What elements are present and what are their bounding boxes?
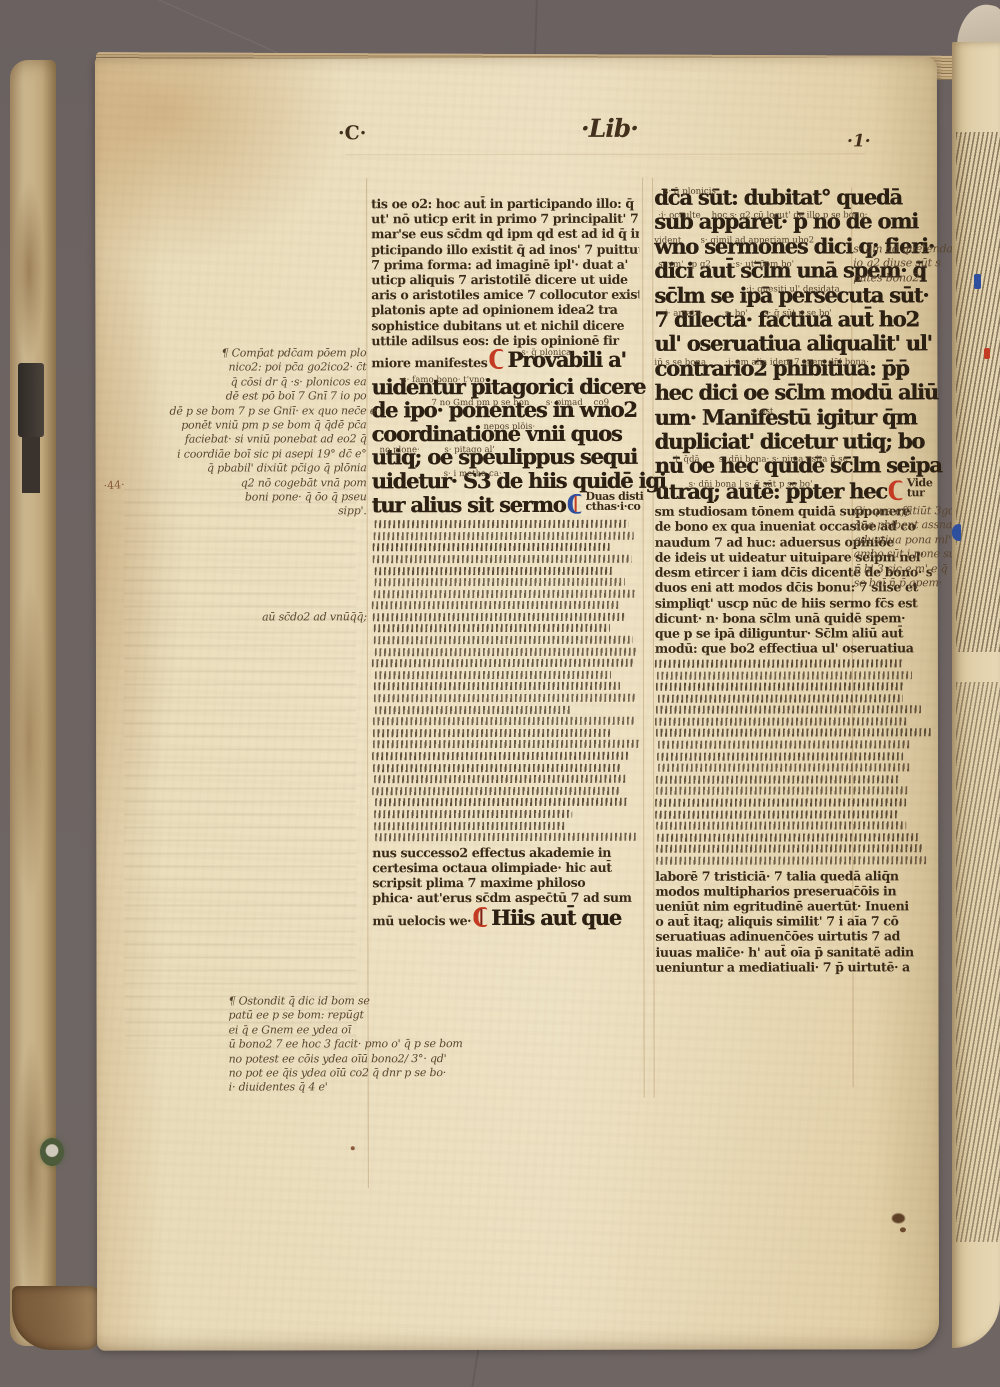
illegible-script-line — [372, 787, 621, 795]
interlinear-gloss: ·s· famo bono· t'vno· — [399, 369, 487, 393]
green-seal-speck — [40, 1138, 64, 1166]
illegible-script-line — [655, 659, 903, 667]
illegible-script-line — [656, 845, 922, 853]
red-paraph-mark — [489, 349, 503, 369]
bluered-paraph-mark — [567, 494, 581, 514]
illegible-script-line — [373, 763, 623, 771]
lemma-line: tur alius sit sermoDuas disticthas·i·co — [372, 492, 640, 517]
illegible-script-line — [373, 532, 633, 540]
commentary-line: uticp aliquis 7 aristotilē dicere ut uid… — [371, 272, 639, 288]
leather-mottle — [12, 580, 46, 900]
commentary-line: platonis apte ad opinionem idea2 tra — [371, 302, 639, 318]
red-paraph-mark — [889, 480, 903, 500]
commentary-line: ueniūt nim egritudinē auertūt· Inueni — [655, 898, 932, 914]
margin-gloss-line: se boī n̄ p̄ apem· — [854, 576, 949, 591]
next-page-sliver — [952, 42, 1000, 1348]
illegible-script-line — [656, 856, 926, 864]
commentary-line: aris o aristotiles amice 7 collocutor ex… — [371, 287, 639, 303]
illegible-script-line — [373, 740, 641, 748]
margin-gloss-line: ei q̄ e Gnem ee ydea oī — [229, 1023, 491, 1038]
margin-gloss-line: q2 nō cogebāt vnā pom — [170, 476, 367, 491]
interlinear-gloss: nepos plōis· — [483, 415, 535, 439]
blue-initial-fragment — [952, 524, 961, 541]
running-header-right: ·1· — [847, 131, 871, 151]
margin-gloss-line: nico2: poi pc̄a go2ico2· c̄t — [169, 361, 366, 376]
margin-gloss-line: ¶ Ostondit q̄ dic id bom se — [229, 994, 491, 1009]
commentary-line: ut' nō uticp erit in primo 7 principalit… — [371, 211, 639, 227]
ink-stain — [351, 1146, 355, 1150]
interlinear-gloss: s· q̄ plonica· — [521, 342, 574, 366]
next-page-text — [956, 682, 1000, 1242]
margin-gloss-line: q̄ua phibent assnat — [854, 519, 949, 534]
lemma-line: hec dici oe sc̄lm modū aliū — [654, 381, 931, 406]
lemma-line: s· i metha ca·uidetur· S3 de hiis quidē … — [372, 468, 640, 492]
illegible-script-line — [374, 694, 636, 702]
interlinear-gloss: s· q̄ plonicis — [664, 180, 716, 204]
show-through-text — [124, 488, 357, 1048]
illegible-script-line — [373, 543, 610, 551]
illegible-script-line — [656, 787, 908, 795]
illegible-script-line — [658, 694, 903, 702]
illegible-script-line — [374, 578, 624, 586]
interlinear-gloss: s· vm' p q2 ·s· ut' p̄om bo' — [658, 253, 794, 278]
lemma-line: no plone· s· pitago al'utiq; oe speulipp… — [372, 445, 640, 469]
quire-mark: ·44· — [103, 478, 125, 492]
commentary-line: 7 prima forma: ad imaginē ipl'· duat a' — [371, 257, 639, 273]
margin-gloss-line: ambo sūt i pone sua — [854, 547, 949, 562]
interlinear-gloss: s· dn̄i bona | s· q̄ sūt p se bo' — [689, 472, 813, 497]
interlinear-gloss: 7 no Gmd pm p se hon s· pimad co9 — [431, 392, 609, 416]
interlinear-gloss: s· i metha ca· — [444, 463, 502, 487]
margin-gloss-line: dē est pō boī 7 Gnī 7 io po — [169, 389, 366, 404]
illegible-script-line — [656, 671, 911, 679]
illegible-script-line — [375, 798, 628, 806]
illegible-script-line — [375, 833, 636, 841]
illegible-script-line — [657, 833, 919, 841]
lemma-text: um· Manifestū igitur q̄m — [654, 404, 916, 429]
illegible-script-line — [655, 810, 899, 818]
commentary-line: modos multipharios preseruac̄ōis in — [655, 883, 932, 899]
margin-gloss-line: ponēt vniū pm p se bom q̄ q̄dē pc̄a — [170, 418, 367, 433]
illegible-script-line — [373, 729, 610, 737]
lemma-line: s· dn̄i bona | s· q̄ sūt p se bo'utraq; … — [655, 478, 932, 504]
commentary-line: dicunt· n· bona sc̄lm unā quidē spem· — [655, 610, 932, 626]
interlinear-gloss: s· est — [750, 399, 773, 423]
illegible-script-line — [375, 706, 571, 714]
margin-gloss-line: dē p se bom 7 p se Gniī· ex quo nec̄e e — [169, 404, 366, 419]
commentary-line: ueniuntur a mediatiuali· 7 p̄ uirtutē· a — [655, 959, 932, 975]
left-margin-gloss-middle: aū sc̄do2 ad vnūq̄q̄; — [196, 610, 367, 625]
illegible-script-line — [374, 636, 632, 644]
illegible-script-line — [374, 810, 572, 818]
margin-gloss-line: i· diuidentes q̄ 4 e' — [229, 1080, 491, 1095]
leather-mottle — [16, 1040, 46, 1300]
margin-gloss-line: ū bono2 7 ee hoc 3 facit· pmo o' q̄ p se… — [229, 1037, 491, 1052]
illegible-script-line — [372, 752, 628, 760]
margin-gloss-line: patū ee p se bom: repūgt — [229, 1008, 491, 1023]
ink-stain — [900, 1227, 906, 1232]
margin-gloss-line: no pot ee q̄is ydea oīū co2 q̄ dnr p se … — [229, 1066, 491, 1081]
margin-gloss-line: p̄ h' 3 sic e m' e q̄ — [854, 562, 949, 577]
illegible-script-line — [656, 729, 933, 737]
next-page-text — [956, 132, 1000, 652]
text-column-1: tis oe o2: hoc aut̄ in participando illo… — [371, 196, 640, 933]
lemma-text: Hiis aut̄ que — [491, 904, 621, 929]
left-margin-gloss-lower: ¶ Ostondit q̄ dic id bom sepatū ee p se … — [229, 994, 491, 1095]
illegible-script-line — [656, 822, 906, 830]
commentary-line: mar'se eus sc̄dm qd ipm qd est ad id q̄ … — [371, 226, 639, 242]
lemma-text: tur alius sit sermo — [372, 492, 566, 517]
illegible-script-line — [655, 798, 905, 806]
running-header-left: ·C· — [338, 122, 366, 144]
manuscript-photo: ·C· ·Lib· ·1· ·44· tis oe o2: hoc aut̄ i… — [0, 0, 1000, 1387]
interlinear-gloss: ·i· quesiti ul' desidata — [746, 277, 840, 302]
manuscript-page: ·C· ·Lib· ·1· ·44· tis oe o2: hoc aut̄ i… — [95, 57, 939, 1350]
commentary-line: modū: que bo2 effectiua ul' oseruatiua — [655, 640, 932, 656]
blue-paraph-mark — [974, 274, 981, 289]
illegible-script-line — [656, 706, 920, 714]
illegible-script-line — [373, 555, 632, 563]
commentary-line: certesima octaua olimpiade· hic aut̄ — [372, 860, 640, 876]
illegible-script-line — [372, 601, 619, 609]
illegible-script-line — [374, 624, 610, 632]
commentary-line: laborē 7 tristiciā· 7 talia quedā aliq̄n — [655, 868, 932, 884]
commentary-fragment: mū uelocis we· — [372, 913, 471, 928]
commentary-line: pticipando illo existit q̄ ad inos' 7 pu… — [371, 241, 639, 257]
margin-gloss-line: boni pone· q̄ ōo q̄ pseu — [170, 490, 367, 505]
illegible-script-line — [657, 752, 903, 760]
interlinear-gloss: ip̄ s se bona ·i· sm alia idem 7 spem dn… — [654, 350, 868, 375]
illegible-script-line — [658, 764, 910, 772]
lemma-line: ip̄ s se bona ·i· sm alia idem 7 spem dn… — [654, 356, 931, 381]
running-header-center: ·Lib· — [581, 114, 638, 143]
illegible-script-line — [373, 717, 635, 725]
margin-gloss-line: faciebat· si vniū ponebat ad eo2 q̄ — [170, 433, 367, 448]
illegible-script-line — [655, 717, 906, 725]
ink-stain — [892, 1213, 905, 1223]
interlinear-gloss: ·i· q̄dā s· dn̄i bona· s· pima qsita p̄ … — [673, 448, 851, 473]
illegible-script-line — [374, 520, 629, 528]
interlinear-gloss: ·i· amata· s· bo' s· q̄ sūt p se bo' — [662, 301, 832, 326]
clasp-remnant — [18, 363, 44, 437]
commentary-line: nus successo2 effectus akademie in — [372, 845, 640, 861]
lemma-text: hec dici oe sc̄lm modū aliū — [654, 380, 937, 405]
margin-gloss-line: sipp'. — [170, 505, 367, 520]
commentary-line: simpliqt' uscp nūc de hiis sermo fc̄s es… — [655, 595, 932, 611]
commentary-line: que p se ipā diliguntur· Sc̄lm aliū aut̄ — [655, 625, 932, 641]
illegible-script-line — [656, 682, 903, 690]
left-margin-gloss-upper: ¶ Comp̄at pdc̄am pōem plonico2: poi pc̄a… — [169, 346, 366, 519]
interlinear-gloss: vident s· qimil ad apperiam ubo2 — [654, 228, 814, 253]
illegible-script-line — [656, 775, 901, 783]
right-margin-note-lower: Ci· que effitiūt 3gd'q̄ua phibent assnat… — [854, 504, 949, 591]
margin-gloss-line: ¶ Comp̄at pdc̄am pōem plo — [169, 346, 366, 361]
commentary-line: sophistice dubitans ut et nichil dicere — [371, 317, 639, 333]
illegible-script-line — [658, 740, 911, 748]
illegible-script-line — [373, 613, 625, 621]
red-blue-paraph-mark — [473, 907, 487, 927]
margin-gloss-line: i coordiāe boī sic pi asepi 19° dc̄ e° — [170, 447, 367, 462]
margin-gloss-line: gduatiua pona ml' — [854, 533, 949, 548]
lemma-line: ·i· amata· s· bo' s· q̄ sūt p se bo'7 di… — [654, 307, 931, 332]
lemma-line: s· estum· Manifestū igitur q̄m — [654, 405, 931, 430]
interlinear-gloss: no plone· s· pitago al' — [380, 439, 495, 463]
illegible-script-line — [374, 589, 634, 597]
interlinear-gloss: ·i· occulte hoc s· q2 cū locut' de illo … — [658, 204, 867, 229]
margin-gloss-line: no potest ee cōis ydea oīū bono2/ 3°· qd… — [229, 1052, 491, 1067]
commentary-line: scripsit plima 7 maxime philoso — [372, 875, 640, 891]
illegible-script-line — [374, 682, 620, 690]
commentary-fragment: Videtur — [907, 478, 933, 498]
illegible-script-line — [375, 647, 638, 655]
commentary-line: iuuas malic̄e· h' aut̄ oīa p̄ sanitatē a… — [655, 944, 932, 960]
illegible-script-line — [374, 566, 613, 574]
commentary-fragment: Duas disticthas·i·co — [585, 492, 643, 512]
illegible-script-line — [372, 659, 635, 667]
margin-gloss-line: Ci· que effitiūt 3gd' — [854, 504, 949, 519]
illegible-script-line — [374, 775, 627, 783]
commentary-line: tis oe o2: hoc aut̄ in participando illo… — [371, 196, 639, 212]
lemma-line: mū uelocis we·Hiis aut̄ que — [372, 905, 640, 932]
red-paraph-mark — [984, 348, 990, 359]
illegible-script-line — [374, 821, 566, 829]
commentary-line: o aut̄ itaq; aliquis similit' 7 i aīa 7 … — [655, 913, 932, 929]
leather-mottle — [14, 180, 44, 360]
margin-gloss-line: q̄ cōsi dr q̄ ·s· plonicos ea — [169, 375, 366, 390]
illegible-script-line — [375, 671, 612, 679]
commentary-line: seruatiuas adinuenc̄ōes uirtutis 7 ad — [655, 929, 932, 945]
margin-gloss-line: q̄ pbabil' dixiūt pc̄igo q̄ plōnia — [170, 462, 367, 477]
page-gutter-edges — [938, 58, 952, 1350]
